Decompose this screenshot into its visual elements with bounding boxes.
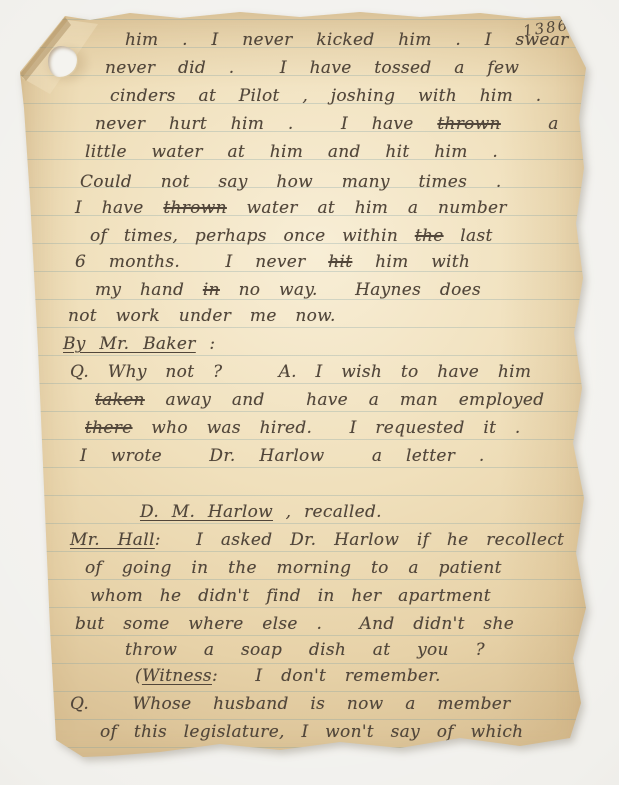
handwriting-segment: Q. Whose husband is now a member: [70, 694, 511, 714]
handwriting-segment: I have: [75, 198, 163, 218]
handwriting-segment: him with: [352, 252, 470, 272]
handwriting-segment: D. M. Harlow: [140, 502, 273, 522]
handwriting-line: of going in the morning to a patient: [85, 557, 502, 579]
handwriting-line: not work under me now.: [68, 305, 336, 327]
handwriting-segment: water at him a number: [227, 198, 507, 218]
paper-sheet: 1386 him . I never kicked him . I swear …: [20, 8, 590, 764]
handwriting-line: whom he didn't find in her apartment: [90, 585, 491, 607]
handwriting-segment: of going in the morning to a patient: [85, 558, 502, 578]
handwriting-line: Q. Whose husband is now a member: [70, 693, 511, 715]
handwriting-segment: never did . I have tossed a few: [105, 58, 519, 78]
handwriting-lines: him . I never kicked him . I swear Ineve…: [20, 8, 590, 764]
handwriting-segment: I wrote Dr. Harlow a letter .: [80, 446, 485, 466]
handwriting-segment: of this legislature, I won't say of whic…: [100, 722, 523, 742]
scanned-document-background: 1386 him . I never kicked him . I swear …: [0, 0, 619, 785]
handwriting-segment: away and have a man employed: [145, 390, 545, 410]
handwriting-line: there who was hired. I requested it .: [85, 417, 521, 439]
handwriting-segment: in: [203, 280, 220, 300]
handwriting-segment: By Mr. Baker: [63, 334, 196, 354]
handwriting-segment: my hand: [95, 280, 203, 300]
handwriting-segment: :: [196, 334, 216, 354]
handwriting-segment: Mr. Hall: [70, 530, 155, 550]
handwriting-line: of times, perhaps once within the last: [90, 225, 493, 247]
handwriting-line: Could not say how many times .: [80, 171, 502, 193]
handwriting-line: taken away and have a man employed: [95, 389, 544, 411]
handwriting-line: but some where else . And didn't she: [75, 613, 514, 635]
handwriting-segment: hit: [328, 252, 352, 272]
handwriting-line: By Mr. Baker :: [63, 333, 215, 355]
handwriting-segment: cinders at Pilot , joshing with him . I: [110, 86, 594, 106]
handwriting-segment: throw a soap dish at you ?: [125, 640, 485, 660]
handwriting-segment: who was hired. I requested it .: [133, 418, 521, 438]
handwriting-segment: not work under me now.: [68, 306, 336, 326]
handwriting-segment: Q. Why not ? A. I wish to have him: [70, 362, 531, 382]
handwriting-segment: there: [85, 418, 133, 438]
handwriting-segment: thrown: [163, 198, 226, 218]
handwriting-segment: : I don't remember.: [212, 666, 441, 686]
handwriting-line: cinders at Pilot , joshing with him . I: [110, 85, 594, 107]
handwriting-segment: : I asked Dr. Harlow if he recollect: [155, 530, 564, 550]
handwriting-segment: of times, perhaps once within: [90, 226, 415, 246]
handwriting-line: I wrote Dr. Harlow a letter .: [80, 445, 485, 467]
handwriting-segment: little water at him and hit him .: [85, 142, 498, 162]
handwriting-line: throw a soap dish at you ?: [125, 639, 485, 661]
handwriting-line: (Witness: I don't remember.: [135, 665, 441, 687]
handwriting-segment: (: [135, 666, 142, 686]
handwriting-segment: the: [415, 226, 444, 246]
manuscript-page: 1386 him . I never kicked him . I swear …: [20, 8, 590, 764]
handwriting-line: my hand in no way. Haynes does: [95, 279, 481, 301]
torn-top-edge: [170, 8, 530, 11]
handwriting-line: 6 months. I never hit him with: [75, 251, 470, 273]
handwriting-segment: , recalled.: [273, 502, 382, 522]
handwriting-line: never hurt him . I have thrown a: [95, 113, 559, 135]
handwriting-segment: last: [444, 226, 493, 246]
handwriting-line: never did . I have tossed a few: [105, 57, 519, 79]
handwriting-line: Q. Why not ? A. I wish to have him: [70, 361, 531, 383]
handwriting-line: I have thrown water at him a number: [75, 197, 507, 219]
handwriting-segment: but some where else . And didn't she: [75, 614, 514, 634]
handwriting-segment: whom he didn't find in her apartment: [90, 586, 491, 606]
handwriting-line: Mr. Hall: I asked Dr. Harlow if he recol…: [70, 529, 564, 551]
handwriting-segment: never hurt him . I have: [95, 114, 437, 134]
handwriting-line: D. M. Harlow , recalled.: [140, 501, 382, 523]
handwriting-segment: a: [501, 114, 559, 134]
handwriting-segment: Could not say how many times .: [80, 172, 502, 192]
handwriting-segment: taken: [95, 390, 145, 410]
handwriting-segment: him . I never kicked him . I swear I: [125, 30, 599, 50]
handwriting-segment: thrown: [437, 114, 500, 134]
handwriting-line: of this legislature, I won't say of whic…: [100, 721, 523, 743]
handwriting-segment: no way. Haynes does: [220, 280, 481, 300]
handwriting-segment: Witness: [142, 666, 212, 686]
handwriting-segment: 6 months. I never: [75, 252, 328, 272]
handwriting-line: little water at him and hit him .: [85, 141, 498, 163]
handwriting-line: him . I never kicked him . I swear I: [125, 29, 599, 51]
